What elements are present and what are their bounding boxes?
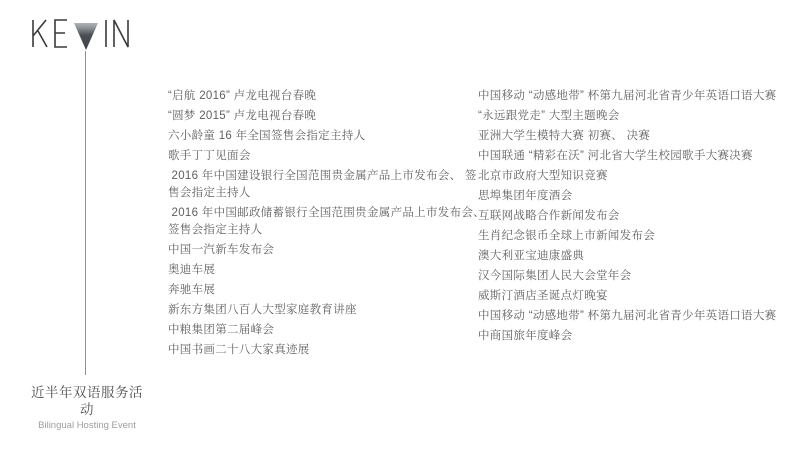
- event-item: 亚洲大学生模特大赛 初赛、 决赛: [478, 128, 776, 145]
- section-title-block: 近半年双语服务活动 Bilingual Hosting Event: [26, 384, 148, 432]
- logo-v-triangle-icon: [74, 23, 98, 50]
- event-item: “圆梦 2015” 卢龙电视台春晚: [168, 108, 485, 125]
- event-item: “启航 2016” 卢龙电视台春晚: [168, 88, 485, 105]
- event-item: 歌手丁丁见面会: [168, 148, 485, 165]
- event-item: 思埠集团年度酒会: [478, 188, 776, 205]
- event-item: 生肖纪念银币全球上市新闻发布会: [478, 228, 776, 245]
- event-item: 互联网战略合作新闻发布会: [478, 208, 776, 225]
- section-title-en: Bilingual Hosting Event: [26, 420, 148, 432]
- logo-letter-k: [33, 20, 47, 47]
- event-item: 六小龄童 16 年全国签售会指定主持人: [168, 128, 485, 145]
- event-item: 2016 年中国邮政储蓄银行全国范围贵金属产品上市发布会、 签售会指定主持人: [168, 205, 485, 239]
- event-list-right: 中国移动 “动感地带” 杯第九届河北省青少年英语口语大赛“永远跟党走” 大型主题…: [478, 88, 776, 348]
- event-item: 中国移动 “动感地带” 杯第九届河北省青少年英语口语大赛: [478, 308, 776, 325]
- event-item: 汉今国际集团人民大会堂年会: [478, 268, 776, 285]
- logo-letter-n: [114, 20, 128, 47]
- section-title-zh: 近半年双语服务活动: [26, 384, 148, 418]
- event-list-left: “启航 2016” 卢龙电视台春晚“圆梦 2015” 卢龙电视台春晚六小龄童 1…: [168, 88, 485, 362]
- event-item: 中国一汽新车发布会: [168, 242, 485, 259]
- event-item: 中国书画二十八大家真迹展: [168, 342, 485, 359]
- event-item: 中国移动 “动感地带” 杯第九届河北省青少年英语口语大赛: [478, 88, 776, 105]
- event-item: 中商国旅年度峰会: [478, 328, 776, 345]
- event-item: 奔驰车展: [168, 282, 485, 299]
- vertical-divider-line: [85, 51, 86, 375]
- slide: “启航 2016” 卢龙电视台春晚“圆梦 2015” 卢龙电视台春晚六小龄童 1…: [0, 0, 800, 450]
- logo-letter-e: [55, 20, 67, 47]
- event-item: “永远跟党走” 大型主题晚会: [478, 108, 776, 125]
- event-item: 威斯汀酒店圣诞点灯晚宴: [478, 288, 776, 305]
- event-item: 奥迪车展: [168, 262, 485, 279]
- event-item: 新东方集团八百人大型家庭教育讲座: [168, 302, 485, 319]
- kevin-logo: [30, 19, 134, 51]
- event-item: 2016 年中国建设银行全国范围贵金属产品上市发布会、 签 售会指定主持人: [168, 168, 485, 202]
- event-item: 中国联通 “精彩在沃” 河北省大学生校园歌手大赛决赛: [478, 148, 776, 165]
- event-item: 澳大利亚宝迪康盛典: [478, 248, 776, 265]
- event-item: 北京市政府大型知识竞赛: [478, 168, 776, 185]
- event-item: 中粮集团第二届峰会: [168, 322, 485, 339]
